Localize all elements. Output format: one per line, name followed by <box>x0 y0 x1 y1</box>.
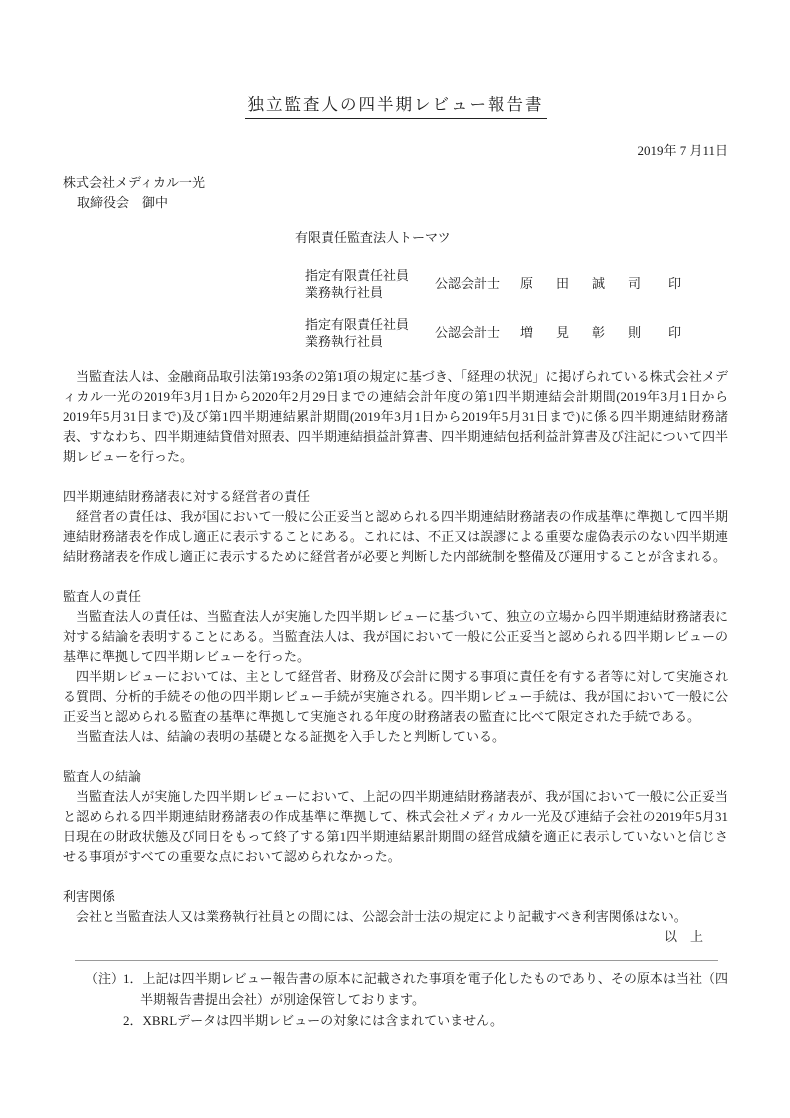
section-heading-auditor-responsibility: 監査人の責任 <box>63 587 728 607</box>
signatory-title-1: 公認会計士 <box>435 274 520 294</box>
signatory-row-1: 指定有限責任社員 業務執行社員 公認会計士 原 田 誠 司 印 <box>63 267 728 301</box>
signatory-name-1: 原 田 誠 司 <box>520 274 652 294</box>
section-auditor-conclusion: 監査人の結論 当監査法人が実施した四半期レビューにおいて、上記の四半期連結財務諸… <box>63 767 728 867</box>
closing-mark: 以 上 <box>63 927 728 947</box>
signatory-role-1-line2: 業務執行社員 <box>305 284 435 301</box>
signatory-role-2: 指定有限責任社員 業務執行社員 <box>305 316 435 350</box>
seal-mark-1: 印 <box>668 274 681 294</box>
section-paragraph: 当監査法人の責任は、当監査法人が実施した四半期レビューに基づいて、独立の立場から… <box>63 607 728 667</box>
addressee-board: 取締役会 御中 <box>63 193 728 213</box>
section-paragraph: 四半期レビューにおいては、主として経営者、財務及び会計に関する事項に責任を有する… <box>63 667 728 727</box>
section-auditor-responsibility: 監査人の責任 当監査法人の責任は、当監査法人が実施した四半期レビューに基づいて、… <box>63 587 728 747</box>
section-paragraph: 当監査法人は、結論の表明の基礎となる証拠を入手したと判断している。 <box>63 727 728 747</box>
report-date: 2019年 7 月11日 <box>63 141 728 161</box>
audit-firm-name: 有限責任監査法人トーマツ <box>63 228 728 248</box>
section-heading-management-responsibility: 四半期連結財務諸表に対する経営者の責任 <box>63 487 728 507</box>
section-heading-auditor-conclusion: 監査人の結論 <box>63 767 728 787</box>
addressee-company: 株式会社メディカル一光 <box>63 173 728 193</box>
notes-divider <box>75 960 718 961</box>
signatory-role-1-line1: 指定有限責任社員 <box>305 267 435 284</box>
section-paragraph: 当監査法人が実施した四半期レビューにおいて、上記の四半期連結財務諸表が、我が国に… <box>63 787 728 867</box>
section-paragraph: 会社と当監査法人又は業務執行社員との間には、公認会計士法の規定により記載すべき利… <box>63 907 728 927</box>
section-paragraph: 経営者の責任は、我が国において一般に公正妥当と認められる四半期連結財務諸表の作成… <box>63 507 728 567</box>
intro-paragraph: 当監査法人は、金融商品取引法第193条の2第1項の規定に基づき、「経理の状況」に… <box>63 367 728 467</box>
signatory-name-2: 増 見 彰 則 <box>520 323 652 343</box>
signatory-row-2: 指定有限責任社員 業務執行社員 公認会計士 増 見 彰 則 印 <box>63 316 728 350</box>
signatory-title-2: 公認会計士 <box>435 323 520 343</box>
note-item-2: 2．XBRLデータは四半期レビューの対象には含まれていません。 <box>123 1010 728 1031</box>
section-interest-relationship: 利害関係 会社と当監査法人又は業務執行社員との間には、公認会計士法の規定により記… <box>63 887 728 927</box>
notes-label: （注） <box>85 968 123 1031</box>
signatory-role-2-line1: 指定有限責任社員 <box>305 316 435 333</box>
section-heading-interest-relationship: 利害関係 <box>63 887 728 907</box>
section-management-responsibility: 四半期連結財務諸表に対する経営者の責任 経営者の責任は、我が国において一般に公正… <box>63 487 728 567</box>
signatory-role-2-line2: 業務執行社員 <box>305 333 435 350</box>
title-wrap: 独立監査人の四半期レビュー報告書 <box>63 94 728 119</box>
notes-block: （注） 1．上記は四半期レビュー報告書の原本に記載された事項を電子化したものであ… <box>63 968 728 1031</box>
notes-body: 1．上記は四半期レビュー報告書の原本に記載された事項を電子化したものであり、その… <box>123 968 728 1031</box>
signatory-role-1: 指定有限責任社員 業務執行社員 <box>305 267 435 301</box>
quarterly-review-report-page: 独立監査人の四半期レビュー報告書 2019年 7 月11日 株式会社メディカル一… <box>0 0 790 1118</box>
note-item-1: 1．上記は四半期レビュー報告書の原本に記載された事項を電子化したものであり、その… <box>123 968 728 1010</box>
seal-mark-2: 印 <box>668 323 681 343</box>
report-title: 独立監査人の四半期レビュー報告書 <box>245 94 547 119</box>
